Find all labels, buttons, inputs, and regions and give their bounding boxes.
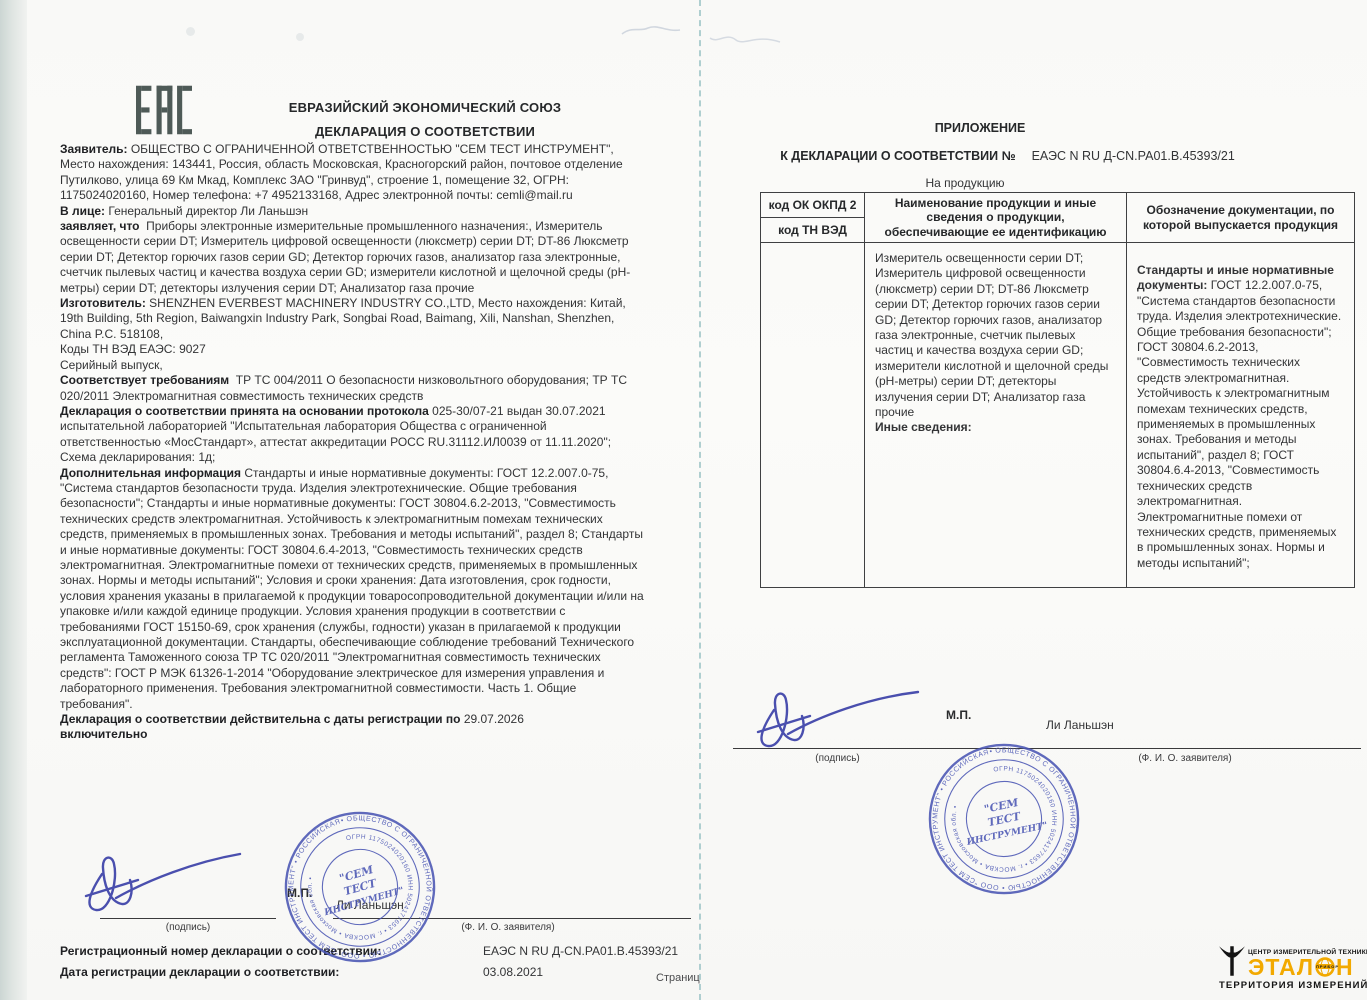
signature-caption: (подпись): [100, 922, 276, 933]
appendix-decl-value: ЕАЭС N RU Д-CN.РА01.В.45393/21: [1032, 149, 1235, 163]
appendix-decl-label: К ДЕКЛАРАЦИИ О СООТВЕТСТВИИ №: [780, 149, 1015, 163]
basis-paragraph: Декларация о соответствии принята на осн…: [60, 404, 646, 466]
validity-suffix: включительно: [60, 727, 147, 741]
stamp-place-label: М.П.: [946, 708, 971, 722]
col1-body-cell: [761, 243, 865, 587]
signature-caption: (подпись): [765, 753, 910, 764]
document-masthead: ЕВРАЗИЙСКИЙ ЭКОНОМИЧЕСКИЙ СОЮЗ ДЕКЛАРАЦИ…: [60, 84, 646, 142]
serial-line: Серийный выпуск,: [60, 358, 163, 372]
codes-line: Коды ТН ВЭД ЕАЭС: 9027: [60, 342, 206, 356]
appendix-title: ПРИЛОЖЕНИЕ: [760, 121, 1200, 135]
products-table: код ОК ОКПД 2 код ТН ВЭД Наименование пр…: [760, 192, 1355, 588]
brand-bottom-text: ТЕРРИТОРИЯ ИЗМЕРЕНИЙ: [1219, 980, 1365, 991]
union-title: ЕВРАЗИЙСКИЙ ЭКОНОМИЧЕСКИЙ СОЮЗ: [210, 100, 640, 115]
basis-label: Декларация о соответствии принята на осн…: [60, 404, 429, 418]
declares-label: заявляет, что: [60, 219, 140, 233]
applicant-text: ОБЩЕСТВО С ОГРАНИЧЕННОЙ ОТВЕТСТВЕННОСТЬЮ…: [60, 142, 623, 202]
manufacturer-label: Изготовитель:: [60, 296, 146, 310]
etalon-brand-logo: ЦЕНТР ИЗМЕРИТЕЛЬНОЙ ТЕХНИКИ ЭТАЛ ПРИБОР …: [1219, 944, 1365, 991]
punch-hole: [296, 33, 304, 41]
col1-header-tnved: код ТН ВЭД: [761, 218, 865, 243]
brand-globe-icon: ПРИБОР: [1315, 957, 1335, 977]
applicant-paragraph: Заявитель: ОБЩЕСТВО С ОГРАНИЧЕННОЙ ОТВЕТ…: [60, 142, 646, 204]
scanned-declaration-document: ЕВРАЗИЙСКИЙ ЭКОНОМИЧЕСКИЙ СОЮЗ ДЕКЛАРАЦИ…: [0, 0, 1367, 1000]
appendix-subtitle: К ДЕКЛАРАЦИИ О СООТВЕТСТВИИ №ЕАЭС N RU Д…: [720, 149, 1295, 163]
additional-info-paragraph: Дополнительная информация Стандарты и ин…: [60, 466, 646, 713]
complies-paragraph: Соответствует требованиям ТР ТС 004/2011…: [60, 373, 646, 404]
validity-date: 29.07.2026: [464, 712, 524, 726]
col2-body-cell: Измеритель освещенности серии DT; Измери…: [865, 243, 1127, 587]
brand-wordmark: ЭТАЛ ПРИБОР Н: [1248, 956, 1367, 978]
reg-date-value: 03.08.2021: [483, 965, 543, 979]
scan-edge-shadow: [0, 0, 27, 1000]
other-info-label: Иные сведения:: [875, 420, 972, 434]
col3-header: Обозначение документации, по которой вып…: [1127, 193, 1354, 243]
reg-date-label: Дата регистрации декларации о соответств…: [60, 965, 339, 979]
declares-text: Приборы электронные измерительные промыш…: [60, 219, 630, 295]
applicant-label: Заявитель:: [60, 142, 128, 156]
validity-paragraph: Декларация о соответствии действительна …: [60, 712, 646, 743]
additional-info-label: Дополнительная информация: [60, 466, 241, 480]
complies-label: Соответствует требованиям: [60, 373, 229, 387]
validity-label: Декларация о соответствии действительна …: [60, 712, 460, 726]
company-round-stamp: • ОБЩЕСТВО С ОГРАНИЧЕННОЙ ОТВЕТСТВЕННОСТ…: [910, 725, 1097, 912]
eac-logo-icon: [136, 84, 192, 136]
product-caption: На продукцию: [760, 176, 1170, 190]
person-text: Генеральный директор Ли Ланьшэн: [108, 204, 308, 218]
pen-scribble: [706, 22, 786, 58]
col2-header: Наименование продукции и иные сведения о…: [865, 193, 1127, 243]
pages-note: Страниц: [656, 972, 700, 984]
punch-hole: [186, 27, 195, 36]
reg-number-value: ЕАЭС N RU Д-CN.РА01.В.45393/21: [483, 944, 678, 958]
product-list-text: Измеритель освещенности серии DT; Измери…: [875, 251, 1108, 419]
fio-caption: (Ф. И. О. заявителя): [1110, 753, 1260, 764]
declaration-title: ДЕКЛАРАЦИЯ О СООТВЕТСТВИИ: [210, 124, 640, 139]
applicant-signature: [72, 834, 252, 918]
page-divider-line: [699, 0, 701, 1000]
additional-info-text: Стандарты и иные нормативные документы: …: [60, 466, 644, 711]
masthead-titles: ЕВРАЗИЙСКИЙ ЭКОНОМИЧЕСКИЙ СОЮЗ ДЕКЛАРАЦИ…: [210, 100, 640, 139]
brand-globe-word: ПРИБОР: [1316, 964, 1334, 969]
left-page: ЕВРАЗИЙСКИЙ ЭКОНОМИЧЕСКИЙ СОЮЗ ДЕКЛАРАЦИ…: [60, 84, 646, 743]
brand-word-left: ЭТАЛ: [1248, 956, 1314, 978]
person-paragraph: В лице: Генеральный директор Ли Ланьшэн: [60, 204, 646, 219]
standards-text: ГОСТ 12.2.007.0-75, "Система стандартов …: [1137, 278, 1341, 569]
col3-body-cell: Стандарты и иные нормативные документы: …: [1127, 243, 1354, 587]
pen-scribble: [618, 16, 688, 52]
col1-header-okpd: код ОК ОКПД 2: [761, 193, 865, 218]
person-label: В лице:: [60, 204, 105, 218]
signature-line: [100, 918, 276, 919]
applicant-signature: [742, 668, 932, 754]
etalon-tuning-fork-icon: [1219, 944, 1245, 978]
declares-paragraph: заявляет, что Приборы электронные измери…: [60, 219, 646, 373]
